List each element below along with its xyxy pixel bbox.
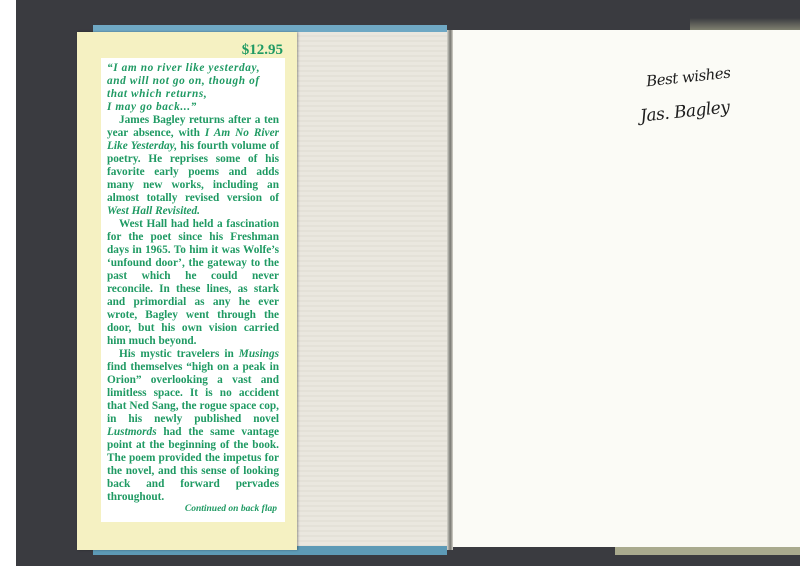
blurb-paragraph-1: James Bagley returns after a ten year ab…: [107, 114, 279, 218]
quote-line: and will not go on, though of: [107, 75, 260, 87]
blurb-paragraph-2: West Hall had held a fascination for the…: [107, 218, 279, 348]
blurb-paragraph-3: His mystic travelers in Musings find the…: [107, 348, 279, 504]
right-page-bottom-edge: [615, 547, 800, 555]
quote-line: “I am no river like yesterday,: [107, 62, 260, 74]
quote-line: I may go back...”: [107, 101, 197, 113]
novel-title: Lustmords: [107, 426, 157, 438]
text-run: find themselves “high on a peak in Orion…: [107, 361, 279, 425]
left-endpaper: [297, 32, 447, 546]
continued-note: Continued on back flap: [185, 503, 277, 516]
text-run: West Hall had held a fascination for the…: [107, 218, 279, 347]
poem-title: Musings: [239, 348, 279, 360]
quote-line: that which returns,: [107, 88, 207, 100]
inscription-signature: Jas. Bagley: [639, 97, 730, 126]
flap-text-box: “I am no river like yesterday, and will …: [101, 58, 285, 522]
epigraph-quote: “I am no river like yesterday, and will …: [107, 62, 279, 114]
inscription-greeting: Best wishes: [645, 64, 731, 91]
text-run: His mystic travelers in: [119, 348, 239, 360]
dust-jacket-front-flap: $12.95 “I am no river like yesterday, an…: [77, 32, 297, 550]
poem-title: West Hall Revisited.: [107, 205, 200, 217]
price-label: $12.95: [242, 42, 283, 59]
author-inscription: Best wishes Jas. Bagley: [640, 62, 770, 152]
